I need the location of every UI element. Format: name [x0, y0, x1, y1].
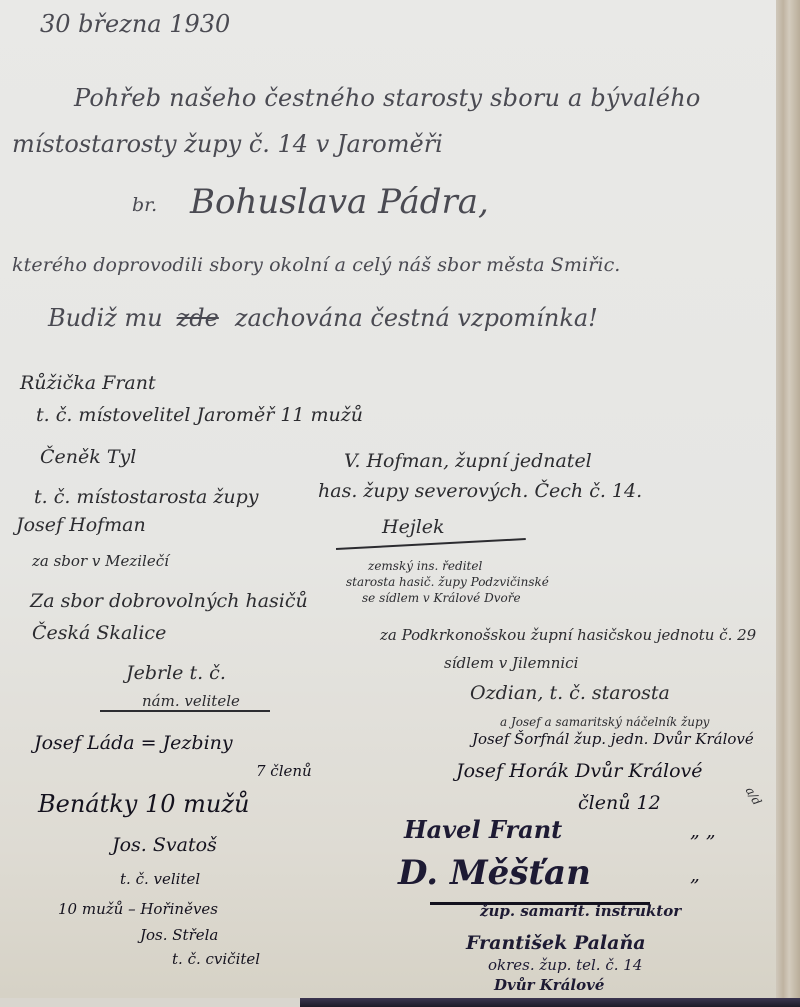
date: 30 března 1930: [40, 12, 230, 36]
deceased-name: Bohuslava Pádra,: [190, 185, 489, 219]
signature-hofman-v: V. Hofman, župní jednatel: [344, 452, 592, 471]
margin-mark: a/d: [744, 785, 764, 807]
signature-ruzicka: Růžička Frant: [20, 374, 156, 393]
signature-mestan: D. Měšťan: [398, 856, 591, 890]
heading-line-1: Pohřeb našeho čestného starosty sboru a …: [74, 86, 701, 110]
entry-palana-role-2: Dvůr Králové: [494, 978, 604, 993]
entry-horak-count: členů 12: [578, 794, 661, 813]
entry-skalice-line-1: Za sbor dobrovolných hasičů: [30, 592, 308, 611]
signature-ozdian: Ozdian, t. č. starosta: [470, 684, 670, 703]
page-bottom-shadow: [300, 998, 800, 1007]
signature-hejlek: Hejlek: [382, 518, 445, 537]
entry-jebrle-role: nám. velitele: [142, 694, 240, 709]
entry-ruzicka-role: t. č. místovelitel Jaroměř 11 mužů: [36, 406, 363, 425]
memorial-line: Budiž mu zde zachována čestná vzpomínka!: [48, 306, 598, 331]
heading-line-3: kterého doprovodili sbory okolní a celý …: [12, 256, 620, 275]
entry-strela-role: t. č. cvičitel: [172, 952, 260, 967]
entry-tyl-role: t. č. místostarosta župy: [34, 488, 258, 507]
signature-horak: Josef Horák Dvůr Králové: [456, 762, 703, 781]
entry-hejlek-role-2: starosta hasič. župy Podzvičinské: [346, 576, 549, 588]
entry-benatky: Benátky 10 mužů: [38, 792, 249, 816]
entry-ozdian-role: a Josef a samaritský náčelník župy: [500, 716, 709, 728]
signature-havel: Havel Frant: [404, 818, 562, 842]
entry-lada-count: 7 členů: [256, 764, 312, 779]
underline-hejlek: [336, 538, 526, 549]
entry-mestan-role: žup. samarit. instruktor: [480, 904, 681, 919]
entry-mestan-ditto: „: [690, 866, 700, 885]
entry-palana-role-1: okres. žup. tel. č. 14: [488, 958, 642, 973]
signature-lada: Josef Láda = Jezbiny: [34, 734, 233, 753]
entry-horineves: 10 mužů – Hořiněves: [58, 902, 218, 917]
entry-hejlek-role-1: zemský ins. ředitel: [368, 560, 482, 572]
memorial-struck-word: zde: [177, 304, 219, 332]
signature-sorfnal: Josef Šorfnál žup. jedn. Dvůr Králové: [472, 732, 754, 747]
entry-hofman-role: za sbor v Mezilečí: [32, 554, 169, 569]
memorial-start: Budiž mu: [48, 304, 163, 332]
signature-strela: Jos. Střela: [140, 928, 218, 943]
signature-hofman: Josef Hofman: [16, 516, 146, 535]
signature-svatos: Jos. Svatoš: [112, 836, 217, 855]
entry-podkrkonosska-line-2: sídlem v Jilemnici: [444, 656, 578, 671]
entry-skalice-line-2: Česká Skalice: [32, 624, 166, 643]
signature-tyl: Čeněk Tyl: [40, 448, 136, 467]
signature-palana: František Palaňa: [466, 934, 646, 953]
underline-jebrle: [100, 710, 270, 712]
entry-svatos-role: t. č. velitel: [120, 872, 200, 887]
entry-hejlek-role-3: se sídlem v Králové Dvoře: [362, 592, 521, 604]
entry-havel-ditto: „ „: [690, 822, 716, 841]
entry-hofman-v-role: has. župy severových. Čech č. 14.: [318, 482, 642, 501]
name-prefix: br.: [132, 196, 157, 215]
signature-jebrle: Jebrle t. č.: [126, 664, 226, 683]
entry-podkrkonosska-line-1: za Podkrkonošskou župní hasičskou jednot…: [380, 628, 756, 643]
document-page: 30 března 1930 Pohřeb našeho čestného st…: [0, 0, 782, 998]
heading-line-2: místostarosty župy č. 14 v Jaroměři: [12, 132, 443, 156]
book-spine-edge: [776, 0, 800, 1007]
memorial-end: zachována čestná vzpomínka!: [235, 304, 598, 332]
